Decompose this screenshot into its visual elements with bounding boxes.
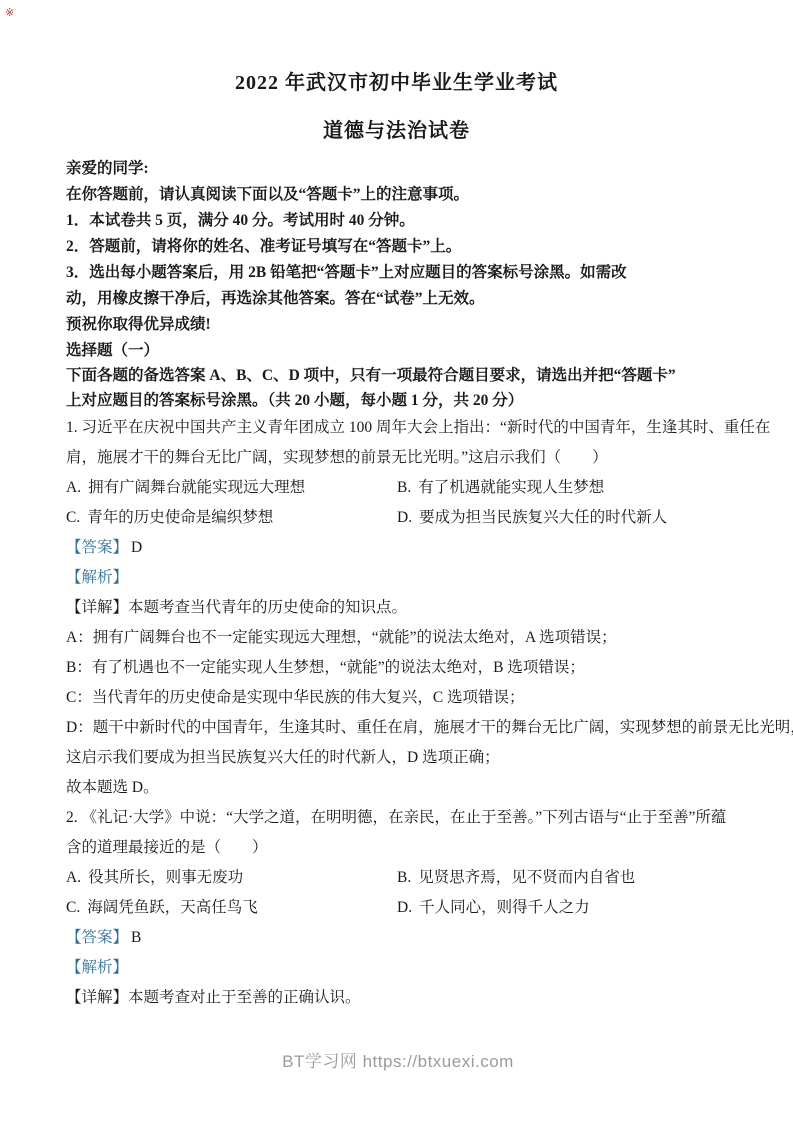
section-instruction-line: 上对应题目的答案标号涂黑。（共 20 小题，每小题 1 分，共 20 分） [66, 388, 730, 413]
notice-greeting: 亲爱的同学: [66, 156, 730, 182]
answer-value: B [131, 929, 141, 946]
answer-line: 【答案】D [66, 533, 730, 563]
option-text: 青年的历史使命是编织梦想 [87, 509, 273, 526]
questions-area: 1. 习近平在庆祝中国共产主义青年团成立 100 周年大会上指出：“新时代的中国… [66, 413, 730, 1013]
option-d: D.要成为担当民族复兴大任的时代新人 [397, 503, 667, 533]
analysis-line: 【解析】 [66, 953, 730, 983]
notice-line: 2．答题前，请将你的姓名、准考证号填写在“答题卡”上。 [66, 234, 730, 260]
answer-line: 【答案】B [66, 923, 730, 953]
analysis-label: 【解析】 [66, 959, 128, 976]
notice-block: 亲爱的同学: 在你答题前，请认真阅读下面以及“答题卡”上的注意事项。 1．本试卷… [66, 156, 730, 338]
section-instruction-line: 下面各题的备选答案 A、B、C、D 项中，只有一项最符合题目要求，请选出并把“答… [66, 363, 730, 388]
option-text: 拥有广阔舞台就能实现远大理想 [88, 479, 305, 496]
section-heading: 选择题（一） [66, 338, 730, 363]
option-text: 要成为担当民族复兴大任的时代新人 [419, 509, 667, 526]
option-text: 海阔凭鱼跃，天高任鸟飞 [87, 899, 258, 916]
option-c: C.海阔凭鱼跃，天高任鸟飞 [66, 899, 258, 916]
option-a: A.役其所长，则事无废功 [66, 869, 243, 886]
notice-wish-line: 预祝你取得优异成绩! [66, 312, 730, 338]
question-stem-line: 2. 《礼记·大学》中说：“大学之道，在明明德，在亲民，在止于至善。”下列古语与… [66, 803, 730, 833]
corner-stamp-icon: ※ [5, 7, 14, 18]
answer-label: 【答案】 [66, 539, 128, 556]
option-row: C.青年的历史使命是编织梦想 D.要成为担当民族复兴大任的时代新人 [66, 503, 730, 533]
option-c: C.青年的历史使命是编织梦想 [66, 509, 273, 526]
analysis-line: 【解析】 [66, 563, 730, 593]
option-text: 千人同心，则得千人之力 [419, 899, 590, 916]
detail-line: 这启示我们要成为担当民族复兴大任的时代新人，D 选项正确； [66, 743, 730, 773]
analysis-label: 【解析】 [66, 569, 128, 586]
option-a: A.拥有广阔舞台就能实现远大理想 [66, 479, 305, 496]
option-label: A. [66, 869, 81, 886]
option-label: A. [66, 479, 81, 496]
detail-line: A：拥有广阔舞台也不一定能实现远大理想，“就能”的说法太绝对，A 选项错误； [66, 623, 730, 653]
option-text: 有了机遇就能实现人生梦想 [418, 479, 604, 496]
option-label: C. [66, 509, 80, 526]
question-stem-line: 含的道理最接近的是（ ） [66, 833, 730, 863]
option-label: B. [397, 869, 411, 886]
site-watermark: BT学习网 https://btxuexi.com [66, 1047, 730, 1072]
exam-title: 2022 年武汉市初中毕业生学业考试 [0, 0, 793, 95]
section-block: 选择题（一） 下面各题的备选答案 A、B、C、D 项中，只有一项最符合题目要求，… [66, 338, 730, 413]
detail-line: C：当代青年的历史使命是实现中华民族的伟大复兴，C 选项错误； [66, 683, 730, 713]
question-stem-line: 肩，施展才干的舞台无比广阔，实现梦想的前景无比光明。”这启示我们（ ） [66, 443, 730, 473]
question-stem-line: 1. 习近平在庆祝中国共产主义青年团成立 100 周年大会上指出：“新时代的中国… [66, 413, 730, 443]
option-row: A.拥有广阔舞台就能实现远大理想 B.有了机遇就能实现人生梦想 [66, 473, 730, 503]
option-label: D. [397, 899, 412, 916]
option-row: C.海阔凭鱼跃，天高任鸟飞 D.千人同心，则得千人之力 [66, 893, 730, 923]
option-label: C. [66, 899, 80, 916]
option-d: D.千人同心，则得千人之力 [397, 893, 590, 923]
notice-line: 3．选出每小题答案后，用 2B 铅笔把“答题卡”上对应题目的答案标号涂黑。如需改 [66, 260, 730, 286]
notice-line: 在你答题前，请认真阅读下面以及“答题卡”上的注意事项。 [66, 182, 730, 208]
document-page: ※ 2022 年武汉市初中毕业生学业考试 道德与法治试卷 亲爱的同学: 在你答题… [0, 0, 793, 1122]
answer-value: D [131, 539, 142, 556]
option-label: D. [397, 509, 412, 526]
option-text: 役其所长，则事无废功 [88, 869, 243, 886]
paper-title: 道德与法治试卷 [0, 95, 793, 143]
option-b: B.见贤思齐焉，见不贤而内自省也 [397, 863, 635, 893]
answer-label: 【答案】 [66, 929, 128, 946]
question-2: 2. 《礼记·大学》中说：“大学之道，在明明德，在亲民，在止于至善。”下列古语与… [66, 803, 730, 1013]
option-row: A.役其所长，则事无废功 B.见贤思齐焉，见不贤而内自省也 [66, 863, 730, 893]
question-1: 1. 习近平在庆祝中国共产主义青年团成立 100 周年大会上指出：“新时代的中国… [66, 413, 730, 803]
notice-line: 动，用橡皮擦干净后，再选涂其他答案。答在“试卷”上无效。 [66, 286, 730, 312]
detail-line: 【详解】本题考查对止于至善的正确认识。 [66, 983, 730, 1013]
option-text: 见贤思齐焉，见不贤而内自省也 [418, 869, 635, 886]
detail-line: D：题干中新时代的中国青年，生逢其时、重任在肩，施展才干的舞台无比广阔，实现梦想… [66, 713, 730, 743]
detail-line: B：有了机遇也不一定能实现人生梦想，“就能”的说法太绝对，B 选项错误； [66, 653, 730, 683]
detail-conclusion-line: 故本题选 D。 [66, 773, 730, 803]
notice-line: 1．本试卷共 5 页，满分 40 分。考试用时 40 分钟。 [66, 208, 730, 234]
option-b: B.有了机遇就能实现人生梦想 [397, 473, 604, 503]
detail-line: 【详解】本题考查当代青年的历史使命的知识点。 [66, 593, 730, 623]
option-label: B. [397, 479, 411, 496]
